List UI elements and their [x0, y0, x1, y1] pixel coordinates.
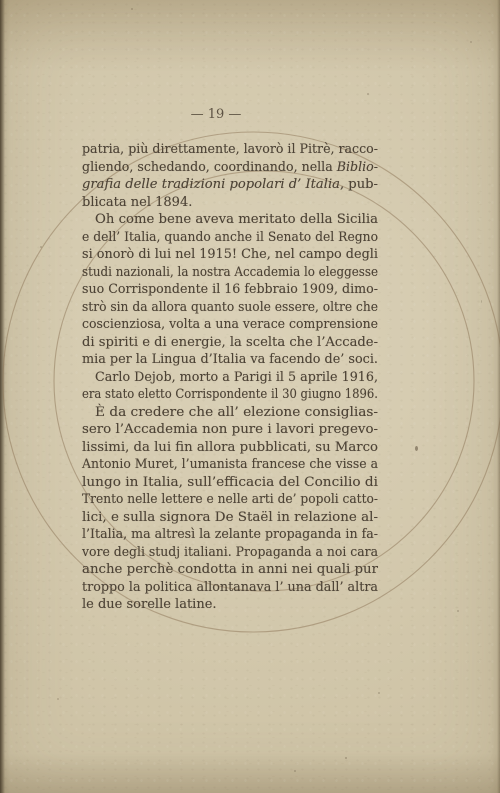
- scanned-book-page: — 19 — patria, più direttamente, lavorò …: [0, 0, 500, 793]
- text-segment: coscienziosa, volta a una verace compren…: [82, 317, 378, 332]
- text-segment: È da credere che all’ elezione consiglia…: [95, 405, 378, 420]
- text-line: blicata nel 1894.: [82, 194, 192, 212]
- text-line: di spiriti e di energie, la scelta che l…: [82, 334, 378, 352]
- text-segment: strò sin da allora quanto suole essere, …: [82, 300, 378, 315]
- text-line: si onorò di lui nel 1915! Che, nel campo…: [82, 246, 378, 264]
- text-line: suo Corrispondente il 16 febbraio 1909, …: [82, 281, 378, 299]
- text-segment: troppo la politica allontanava l’ una da…: [82, 580, 378, 595]
- text-line: era stato eletto Corrispondente il 30 gi…: [82, 386, 378, 404]
- text-segment: le due sorelle latine.: [82, 597, 217, 612]
- text-segment: era stato eletto Corrispondente il 30 gi…: [82, 387, 378, 402]
- text-segment: suo Corrispondente il 16 febbraio 1909, …: [82, 282, 378, 297]
- text-segment: , pub-: [340, 177, 378, 192]
- paper-speck: [481, 300, 482, 303]
- italic-text-segment: Biblio-: [337, 160, 378, 175]
- paper-speck: [367, 93, 369, 95]
- paper-speck: [415, 446, 418, 451]
- text-segment: anche perchè condotta in anni nei quali …: [82, 562, 378, 577]
- text-line: Trento nelle lettere e nelle arti de’ po…: [82, 491, 378, 509]
- text-segment: l’Italia, ma altresì la zelante propagan…: [82, 527, 378, 542]
- paper-speck: [57, 698, 59, 700]
- text-line: Carlo Dejob, morto a Parigi il 5 aprile …: [95, 369, 378, 387]
- text-segment: mia per la Lingua d’Italia va facendo de…: [82, 352, 378, 367]
- text-line: lissimi, da lui fin allora pubblicati, s…: [82, 439, 378, 457]
- text-line: patria, più direttamente, lavorò il Pitr…: [82, 141, 378, 159]
- page-number: — 19 —: [146, 107, 286, 123]
- paper-speck: [470, 41, 472, 43]
- text-line: lici, e sulla signora De Staël in relazi…: [82, 509, 378, 527]
- paper-speck: [40, 246, 42, 248]
- text-line: vore degli studj italiani. Propaganda a …: [82, 544, 378, 562]
- text-segment: Antonio Muret, l’umanista francese che v…: [82, 457, 378, 472]
- text-line: grafia delle tradizioni popolari d’ Ital…: [82, 176, 378, 194]
- text-segment: lici, e sulla signora De Staël in relazi…: [82, 510, 378, 525]
- text-line: lungo in Italia, sull’efficacia del Conc…: [82, 474, 378, 492]
- text-line: e dell’ Italia, quando anche il Senato d…: [82, 229, 378, 247]
- text-line: le due sorelle latine.: [82, 596, 217, 614]
- text-segment: Carlo Dejob, morto a Parigi il 5 aprile …: [95, 370, 378, 385]
- text-segment: e dell’ Italia, quando anche il Senato d…: [82, 230, 378, 245]
- page-gutter-shadow: [0, 0, 5, 793]
- text-line: troppo la politica allontanava l’ una da…: [82, 579, 378, 597]
- text-segment: studi nazionali, la nostra Accademia lo …: [82, 265, 378, 280]
- text-line: coscienziosa, volta a una verace compren…: [82, 316, 378, 334]
- italic-text-segment: grafia delle tradizioni popolari d’ Ital…: [82, 177, 340, 192]
- text-segment: vore degli studj italiani. Propaganda a …: [82, 545, 378, 560]
- text-segment: lungo in Italia, sull’efficacia del Conc…: [82, 475, 378, 490]
- text-segment: Trento nelle lettere e nelle arti de’ po…: [82, 492, 378, 507]
- text-segment: lissimi, da lui fin allora pubblicati, s…: [82, 440, 378, 455]
- text-segment: blicata nel 1894.: [82, 195, 192, 210]
- paper-speck: [131, 8, 133, 10]
- text-line: studi nazionali, la nostra Accademia lo …: [82, 264, 378, 282]
- text-line: gliendo, schedando, coordinando, nella B…: [82, 159, 378, 177]
- text-line: mia per la Lingua d’Italia va facendo de…: [82, 351, 378, 369]
- text-line: sero l’Accademia non pure i lavori prege…: [82, 421, 378, 439]
- text-segment: Oh come bene aveva meritato della Sicili…: [95, 212, 378, 227]
- paper-speck: [345, 757, 347, 759]
- text-line: È da credere che all’ elezione consiglia…: [95, 404, 378, 422]
- text-segment: patria, più direttamente, lavorò il Pitr…: [82, 142, 378, 157]
- text-line: l’Italia, ma altresì la zelante propagan…: [82, 526, 378, 544]
- paper-speck: [378, 692, 380, 694]
- text-segment: si onorò di lui nel 1915! Che, nel campo…: [82, 247, 378, 262]
- text-segment: gliendo, schedando, coordinando, nella: [82, 160, 337, 175]
- text-line: anche perchè condotta in anni nei quali …: [82, 561, 378, 579]
- paper-speck: [457, 610, 459, 612]
- paper-speck: [294, 770, 296, 772]
- text-line: strò sin da allora quanto suole essere, …: [82, 299, 378, 317]
- paper-speck: [86, 428, 88, 430]
- text-line: Oh come bene aveva meritato della Sicili…: [95, 211, 378, 229]
- text-segment: di spiriti e di energie, la scelta che l…: [82, 335, 378, 350]
- body-text: patria, più direttamente, lavorò il Pitr…: [82, 141, 378, 614]
- text-line: Antonio Muret, l’umanista francese che v…: [82, 456, 378, 474]
- text-segment: sero l’Accademia non pure i lavori prege…: [82, 422, 378, 437]
